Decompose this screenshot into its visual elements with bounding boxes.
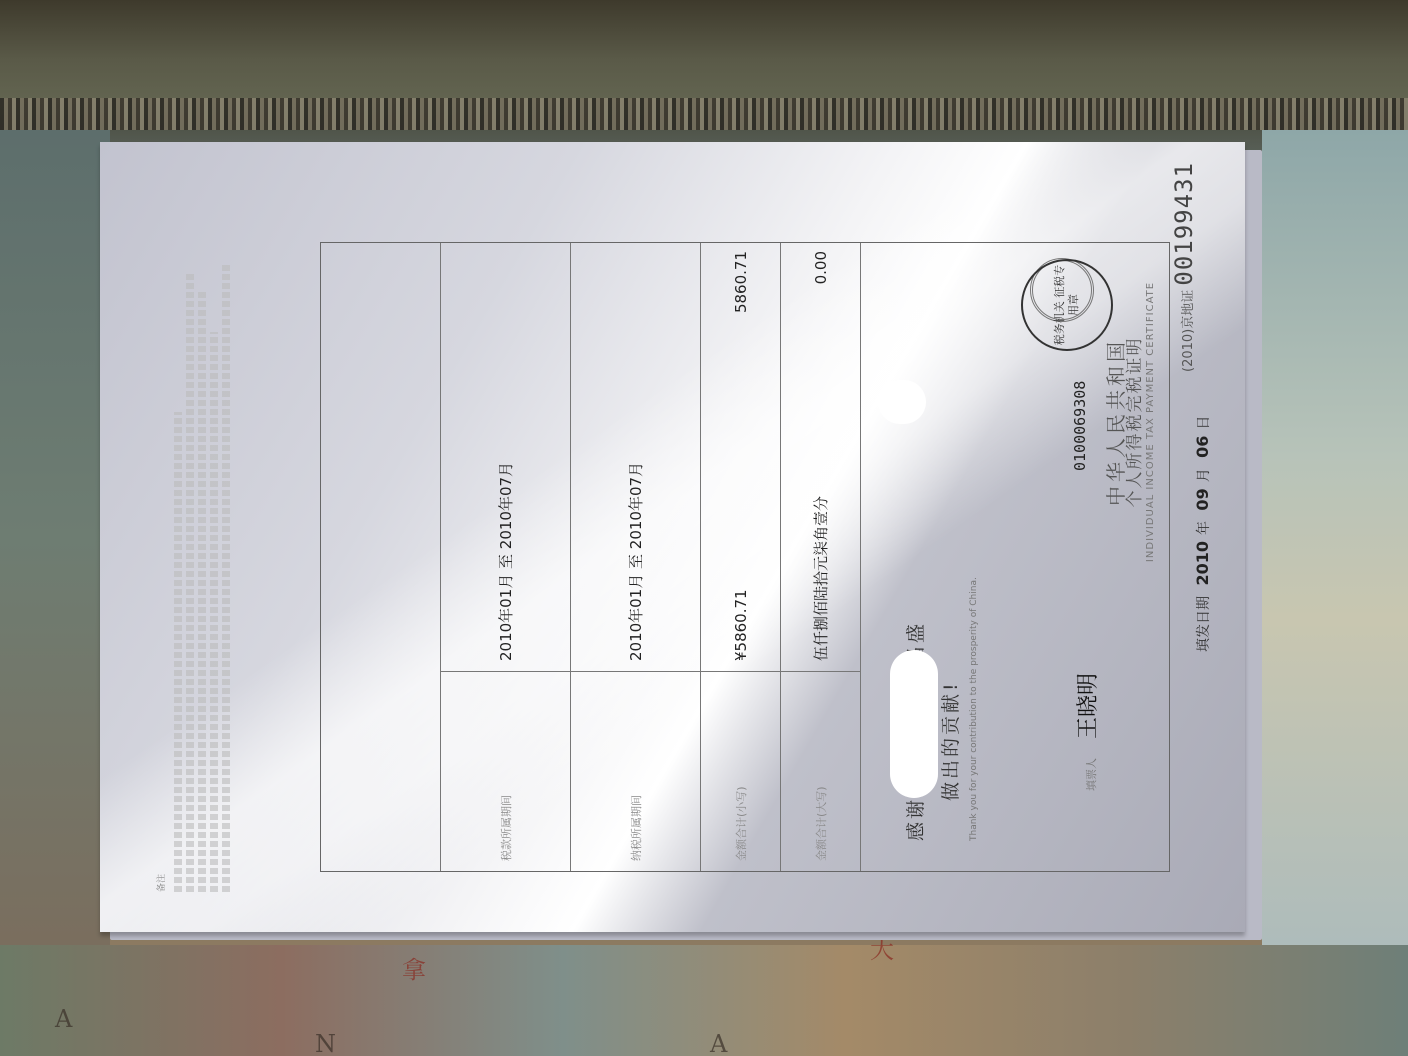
table-row: 金额合计(小写) ¥5860.71 5860.71 xyxy=(701,243,781,871)
official-seal: 税务机关 征税专用章 xyxy=(1021,259,1113,351)
map-label: N xyxy=(315,1030,336,1056)
row-value: 2010年01月 至 2010年07月 xyxy=(571,311,700,671)
tax-details-table: 税款所属期间 2010年01月 至 2010年07月 纳税所属期间 2010年0… xyxy=(320,242,1170,872)
redaction-mark xyxy=(878,380,926,424)
map-label: 拿 xyxy=(402,950,426,985)
serial-value: 00199431 xyxy=(1170,162,1198,286)
notes-title: 备注 xyxy=(155,242,170,892)
issue-day: 06 xyxy=(1193,436,1212,458)
thanks-en: Thank you for your contribution to the p… xyxy=(969,501,979,841)
table-row: 金额合计(大写) 伍仟捌佰陆拾元柒角壹分 0.00 xyxy=(781,243,861,871)
map-background-left xyxy=(0,130,110,945)
map-label: A xyxy=(710,1030,727,1056)
map-decorative-border xyxy=(0,98,1408,130)
row-value-deducted: 0.00 xyxy=(781,241,860,371)
table-row: 纳税所属期间 2010年01月 至 2010年07月 xyxy=(571,243,701,871)
row-value-paid: 5860.71 xyxy=(701,241,780,411)
map-label: A xyxy=(55,1005,72,1033)
signer-label: 填票人 xyxy=(1085,758,1098,791)
signature: 填票人 王晓明 xyxy=(1071,673,1102,791)
issue-year: 2010 xyxy=(1193,541,1212,586)
table-row: 税款所属期间 2010年01月 至 2010年07月 xyxy=(441,243,571,871)
day-unit: 日 xyxy=(1196,416,1212,430)
issue-date: 填发日期 2010年 09月 06日 xyxy=(1193,416,1213,652)
issue-date-label: 填发日期 xyxy=(1196,596,1212,652)
serial-prefix: (2010)京地证 xyxy=(1181,290,1196,372)
table-row-header xyxy=(321,243,441,871)
issue-month: 09 xyxy=(1193,488,1212,510)
row-label: 纳税所属期间 xyxy=(571,671,700,871)
row-label: 税款所属期间 xyxy=(441,671,570,871)
map-background-top xyxy=(0,0,1408,100)
ticket-number: 0100069308 xyxy=(1071,381,1089,471)
map-background-bottom: 拿 A N A 大 xyxy=(0,945,1408,1056)
map-background-right xyxy=(1262,130,1408,945)
redaction-mark xyxy=(890,650,938,798)
certificate-content: 中华人民共和国 个人所得税完税证明 INDIVIDUAL INCOME TAX … xyxy=(100,142,1245,932)
signer-name: 王晓明 xyxy=(1076,673,1101,739)
row-value-amount: ¥5860.71 xyxy=(701,411,780,671)
row-label: 金额合计(大写) xyxy=(781,671,860,871)
row-value: 2010年01月 至 2010年07月 xyxy=(441,311,570,671)
row-label: 金额合计(小写) xyxy=(701,671,780,871)
notes-text: 备注 xyxy=(155,242,234,892)
month-unit: 月 xyxy=(1196,468,1212,482)
serial-number: (2010)京地证 00199431 xyxy=(1170,162,1198,372)
row-value-amount-words: 伍仟捌佰陆拾元柒角壹分 xyxy=(781,371,860,671)
thanks-line-2: 做出的贡献! xyxy=(936,501,963,801)
year-unit: 年 xyxy=(1196,521,1212,535)
